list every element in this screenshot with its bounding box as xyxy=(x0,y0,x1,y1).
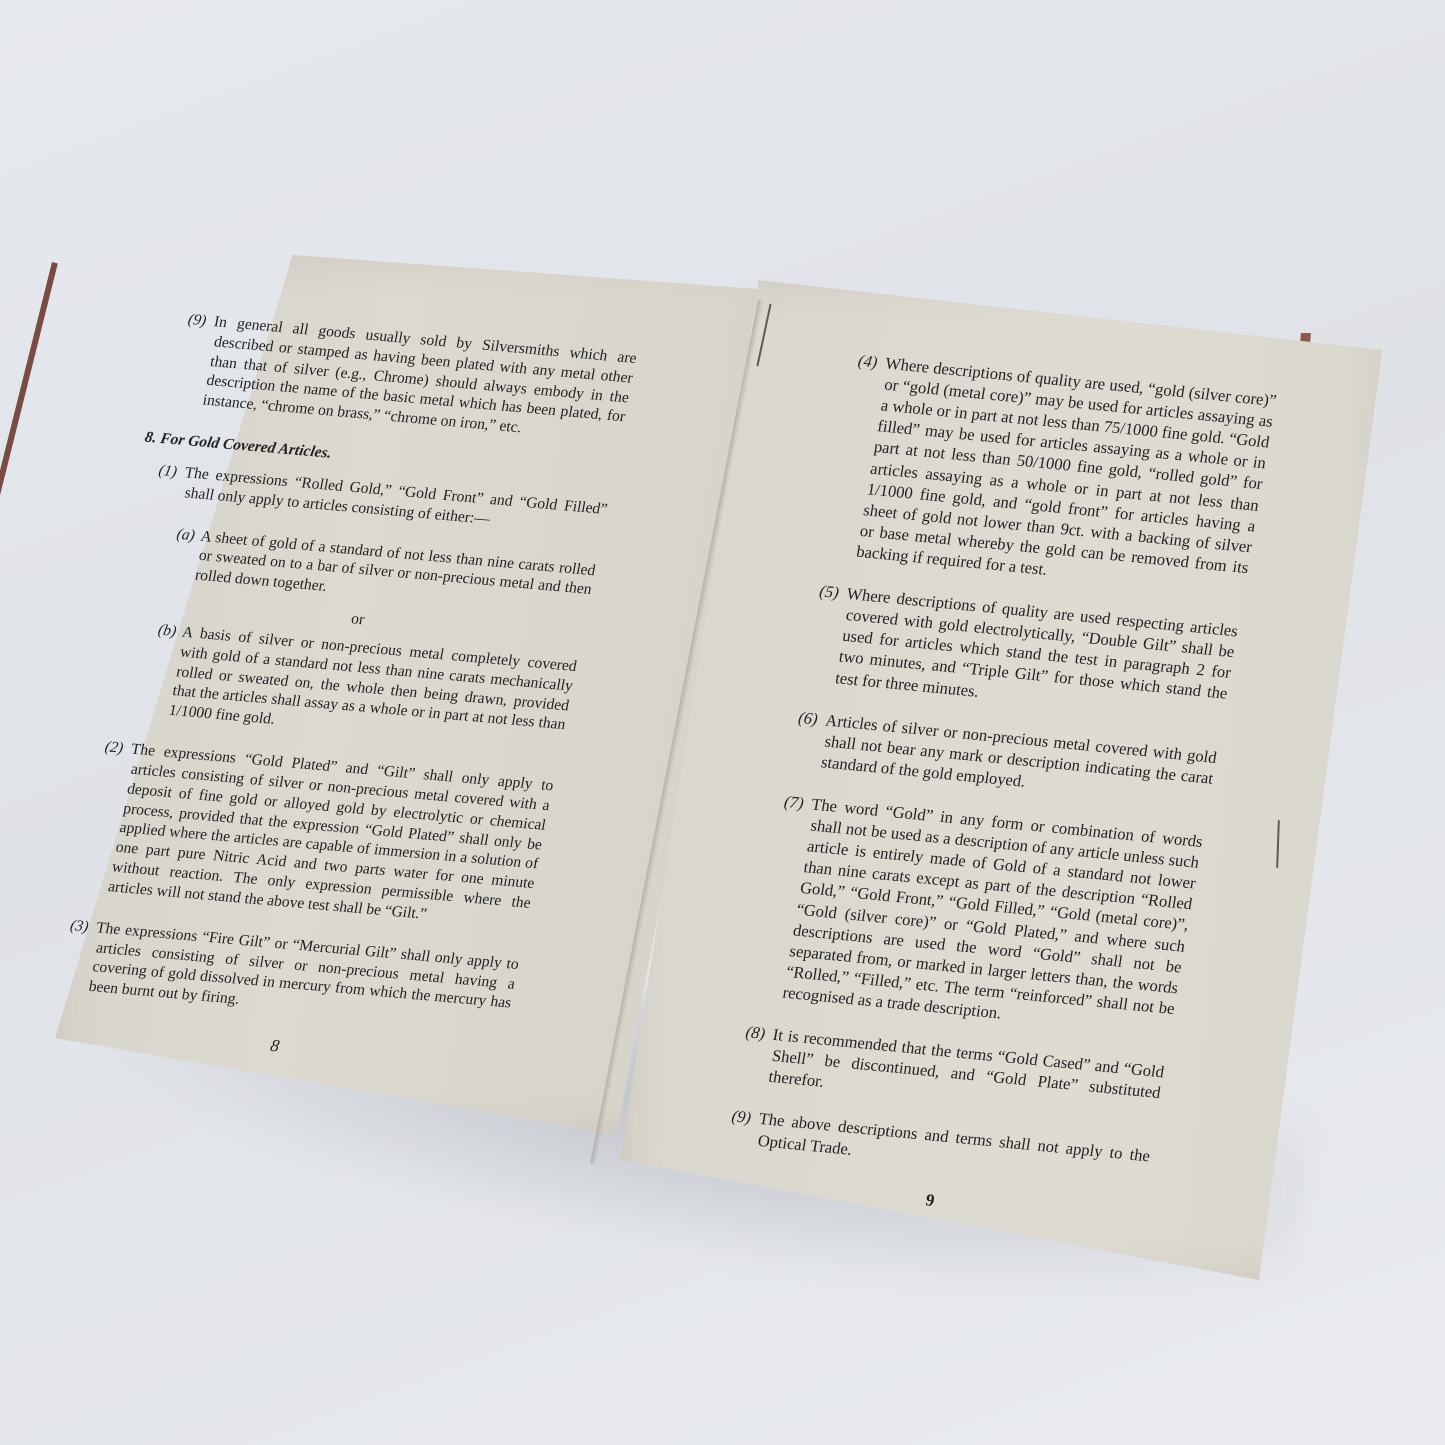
item-letter: (b) xyxy=(157,621,178,639)
paragraph-3-fire-gilt: (3)The expressions “Fire Gilt” or “Mercu… xyxy=(57,916,521,1034)
paragraph-4-quality-descriptions: (4)Where descriptions of quality are use… xyxy=(825,350,1278,599)
paragraph-text: The word “Gold” in any form or combinati… xyxy=(781,795,1204,1023)
paragraph-text: Where descriptions of quality are used, … xyxy=(855,354,1278,579)
item-text: A sheet of gold of a standard of not les… xyxy=(194,528,597,599)
paragraph-text: The expressions “Fire Gilt” or “Mercuria… xyxy=(87,919,520,1012)
paragraph-text: The expressions “Gold Plated” and “Gilt”… xyxy=(107,741,555,923)
paragraph-number: (9) xyxy=(730,1107,752,1128)
paragraph-text: Where descriptions of quality are used r… xyxy=(834,584,1239,703)
paragraph-8-gold-cased: (8)It is recommended that the terms “Gol… xyxy=(737,1021,1166,1124)
paragraph-6-carat-mark: (6)Articles of silver or non-precious me… xyxy=(790,707,1219,810)
paragraph-5-electrolytic: (5)Where descriptions of quality are use… xyxy=(804,580,1240,725)
paragraph-text: It is recommended that the terms “Gold C… xyxy=(767,1025,1165,1102)
paragraph-number: (9) xyxy=(187,311,208,329)
paragraph-number: (4) xyxy=(857,351,879,372)
open-booklet: (9)In general all goods usually sold by … xyxy=(0,0,1445,1445)
cover-edge-left xyxy=(0,262,58,1011)
paragraph-number: (3) xyxy=(69,917,90,935)
item-letter: (a) xyxy=(175,525,196,543)
paragraph-7-word-gold: (7)The word “Gold” in any form or combin… xyxy=(751,791,1204,1040)
paragraph-number: (7) xyxy=(783,792,805,813)
paragraph-number: (5) xyxy=(818,581,840,602)
paragraph-number: (6) xyxy=(797,708,819,729)
paragraph-number: (8) xyxy=(744,1022,766,1043)
paragraph-text: Articles of silver or non-precious metal… xyxy=(820,710,1218,790)
paragraph-number: (1) xyxy=(157,462,178,480)
paragraph-2-gold-plated: (2)The expressions “Gold Plated” and “Gi… xyxy=(76,737,555,933)
paragraph-number: (2) xyxy=(103,738,124,756)
